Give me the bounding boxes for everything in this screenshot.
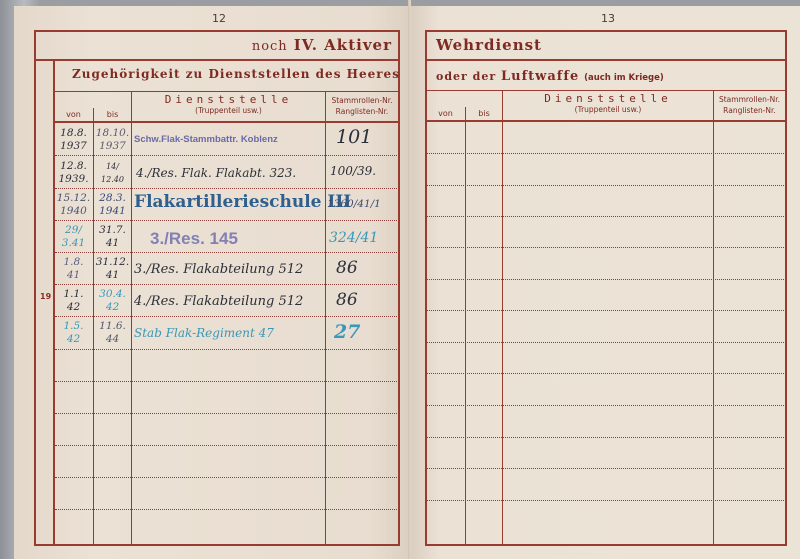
dienststelle-sublabel: (Truppenteil usw.) — [132, 106, 325, 115]
row-divider — [427, 216, 784, 217]
entry-von: 15.12. 1940 — [54, 192, 93, 218]
row-divider — [55, 252, 397, 253]
dienststelle-label: Dienststelle — [132, 93, 325, 106]
entry-von: 12.8. 1939. — [54, 160, 93, 186]
entry-von: 29/ 3.41 — [54, 224, 93, 250]
row-divider — [427, 310, 784, 311]
subtitle-pre: oder der — [436, 70, 496, 83]
col-header-von: von — [54, 110, 93, 119]
row-divider — [55, 284, 397, 285]
row-divider — [427, 153, 784, 154]
header-bottom-divider — [54, 121, 399, 123]
entry-nr: 86 — [336, 258, 358, 278]
header-bottom-divider — [426, 120, 785, 122]
right-subtitle: oder der Luftwaffe (auch im Kriege) — [436, 69, 664, 84]
row-divider — [55, 477, 397, 478]
ranglisten-label: Ranglisten-Nr. — [326, 106, 398, 117]
row-divider — [427, 247, 784, 248]
col-divider — [465, 107, 466, 545]
page-number-right: 13 — [601, 12, 615, 25]
entry-dienststelle: Flakartillerieschule III — [134, 192, 351, 212]
row-divider — [55, 188, 397, 189]
book-gutter — [408, 0, 411, 559]
left-subtitle: Zugehörigkeit zu Dienststellen des Heere… — [72, 67, 400, 81]
left-title-band: nochIV. Aktiver — [40, 30, 392, 59]
row-divider — [427, 437, 784, 438]
entry-nr: 100/39. — [330, 164, 376, 178]
col-header-stammrollen: Stammrollen-Nr. Ranglisten-Nr. — [326, 95, 398, 117]
entry-nr: 86 — [336, 290, 358, 310]
row-divider — [55, 155, 397, 156]
subtitle-post: (auch im Kriege) — [584, 73, 664, 83]
entry-nr: 1360/41/1 — [327, 198, 381, 210]
entry-bis: 31.7. 41 — [94, 224, 131, 250]
col-header-bis: bis — [94, 110, 131, 119]
row-divider — [427, 373, 784, 374]
row-divider — [427, 342, 784, 343]
entry-bis: 30.4. 42 — [94, 288, 131, 314]
row-divider — [55, 349, 397, 350]
entry-dienststelle: 4./Res. Flakabteilung 512 — [134, 294, 303, 309]
entry-nr: 324/41 — [329, 230, 378, 246]
entry-von: 1.1. 42 — [54, 288, 93, 314]
stammrollen-label: Stammrollen-Nr. — [714, 94, 785, 105]
divider — [426, 90, 785, 91]
left-page-title: nochIV. Aktiver — [252, 30, 392, 58]
entry-dienststelle: Stab Flak-Regiment 47 — [134, 326, 274, 340]
entry-nr: 27 — [334, 321, 360, 343]
entry-bis: 14/ 12.40 — [94, 160, 131, 186]
page-number-left: 12 — [212, 12, 226, 25]
entry-dienststelle: 3./Res. Flakabteilung 512 — [134, 262, 303, 277]
row-divider — [427, 405, 784, 406]
entry-bis: 18.10. 1937 — [94, 127, 131, 153]
col-header-stammrollen: Stammrollen-Nr. Ranglisten-Nr. — [714, 94, 785, 116]
row-divider — [55, 445, 397, 446]
divider — [54, 91, 399, 92]
row-divider — [427, 279, 784, 280]
row-divider — [55, 413, 397, 414]
col-header-dienststelle: Dienststelle (Truppenteil usw.) — [503, 92, 713, 114]
entry-bis: 28.3. 1941 — [94, 192, 131, 218]
dienststelle-sublabel: (Truppenteil usw.) — [503, 105, 713, 114]
row-divider — [55, 509, 397, 510]
title-prefix: noch — [252, 39, 288, 54]
col-divider — [713, 91, 714, 545]
right-page-title: Wehrdienst — [436, 36, 542, 54]
row-divider — [427, 500, 784, 501]
row-marker: 19 — [40, 292, 51, 301]
row-divider — [55, 316, 397, 317]
col-header-von: von — [426, 109, 465, 118]
col-header-dienststelle: Dienststelle (Truppenteil usw.) — [132, 93, 325, 115]
stammrollen-label: Stammrollen-Nr. — [326, 95, 398, 106]
entry-dienststelle: 3./Res. 145 — [150, 229, 238, 249]
row-divider — [55, 381, 397, 382]
subtitle-luftwaffe: Luftwaffe — [501, 69, 579, 84]
ranglisten-label: Ranglisten-Nr. — [714, 105, 785, 116]
row-divider — [55, 220, 397, 221]
entry-nr: 101 — [336, 126, 372, 148]
col-header-bis: bis — [466, 109, 502, 118]
entry-dienststelle: Schw.Flak-Stammbattr. Koblenz — [134, 134, 278, 145]
row-divider — [427, 468, 784, 469]
entry-bis: 31.12. 41 — [94, 256, 131, 282]
divider — [34, 59, 400, 61]
divider — [425, 59, 787, 61]
entry-von: 1.5. 42 — [54, 320, 93, 346]
entry-dienststelle: 4./Res. Flak. Flakabt. 323. — [136, 166, 296, 180]
dienststelle-label: Dienststelle — [503, 92, 713, 105]
entry-von: 1.8. 41 — [54, 256, 93, 282]
entry-bis: 11.6. 44 — [94, 320, 131, 346]
entry-von: 18.8. 1937 — [54, 127, 93, 153]
title-text: IV. Aktiver — [294, 36, 392, 54]
row-divider — [427, 185, 784, 186]
col-divider — [502, 91, 503, 545]
